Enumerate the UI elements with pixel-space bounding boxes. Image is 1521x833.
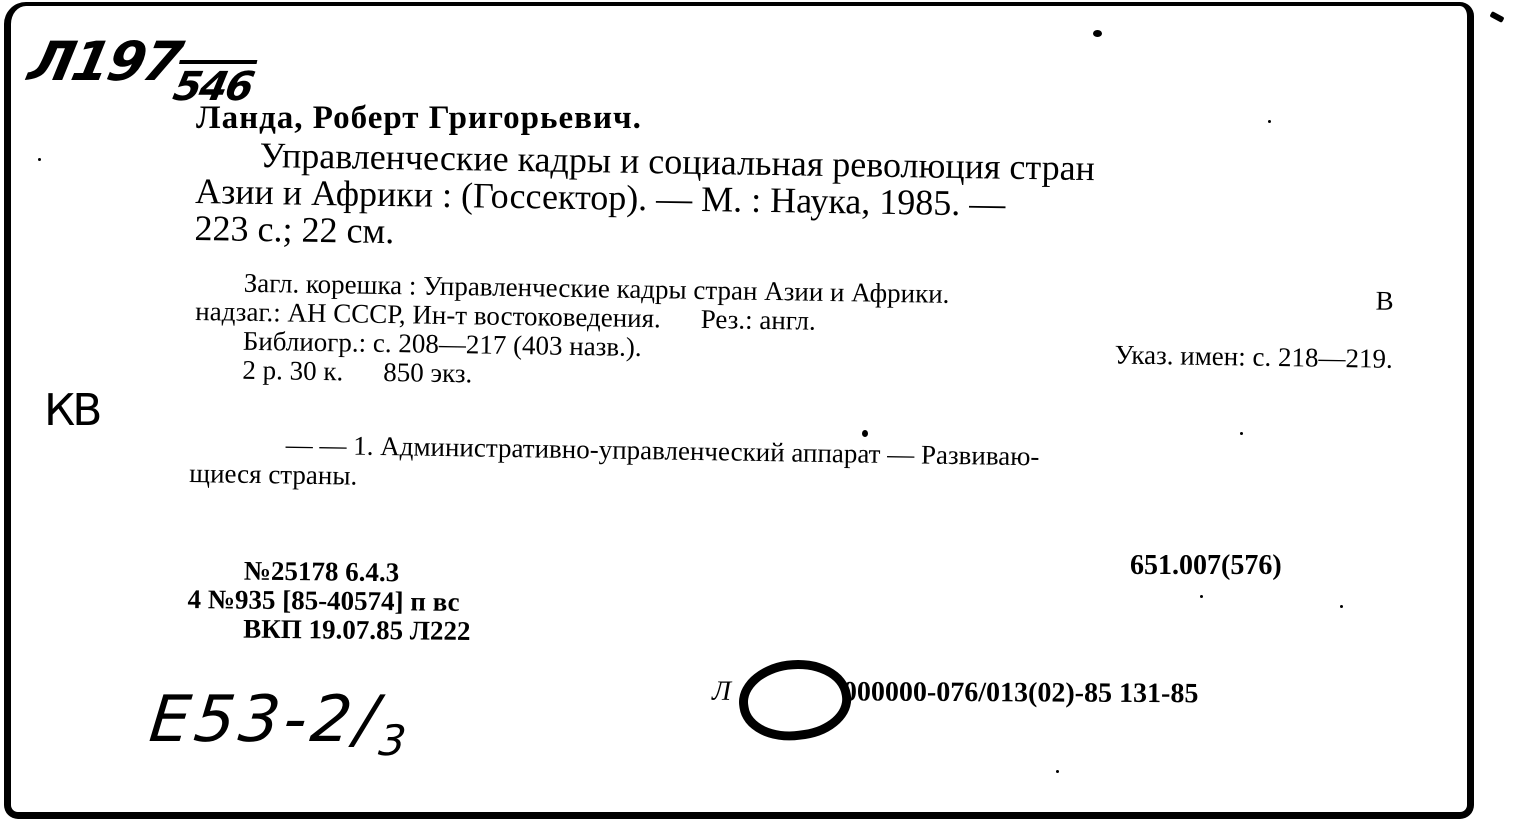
handwritten-shelf-mark-sub: 3 bbox=[377, 716, 413, 765]
scan-speck bbox=[1240, 432, 1243, 435]
catalog-info: №25178 6.4.3 4 №935 [85-40574] п вс ВКП … bbox=[187, 556, 471, 646]
notes-block: Загл. корешка : Управленческие кадры стр… bbox=[194, 268, 1366, 402]
scan-speck bbox=[1268, 120, 1271, 123]
print-run: 850 экз. bbox=[383, 357, 472, 388]
scan-speck bbox=[1340, 605, 1343, 608]
scan-speck bbox=[1093, 30, 1102, 37]
summary-language-note: Рез.: англ. bbox=[701, 304, 816, 336]
scan-speck bbox=[862, 430, 868, 437]
notes-line-1-end: В bbox=[1375, 287, 1393, 316]
publication-code-prefix: Л bbox=[712, 676, 731, 707]
catalog-info-line-3: ВКП 19.07.85 Л222 bbox=[187, 614, 471, 646]
price: 2 р. 30 к. bbox=[242, 355, 343, 387]
handwritten-shelf-mark: Е53-2/3 bbox=[146, 683, 416, 757]
handwritten-inventory-number: Л197546 bbox=[23, 30, 263, 93]
catalog-info-line-2: 4 №935 [85-40574] п вс bbox=[187, 585, 471, 617]
publication-code-rest: 000000-076/013(02)-85 131-85 bbox=[843, 676, 1199, 709]
scan-speck bbox=[38, 158, 41, 161]
corner-mark bbox=[1489, 11, 1504, 23]
udc-classification: 651.007(576) bbox=[1130, 550, 1282, 582]
author-heading: Ланда, Роберт Григорьевич. bbox=[196, 100, 642, 137]
catalog-info-line-1: №25178 6.4.3 bbox=[188, 556, 472, 588]
handwritten-side-mark: КВ bbox=[44, 385, 99, 436]
index-note: Указ. имен: с. 218—219. bbox=[1114, 340, 1392, 373]
scan-speck bbox=[1200, 595, 1203, 598]
scan-speck bbox=[1056, 770, 1059, 773]
title-block: Управленческие кадры и социальная револю… bbox=[194, 136, 1366, 265]
